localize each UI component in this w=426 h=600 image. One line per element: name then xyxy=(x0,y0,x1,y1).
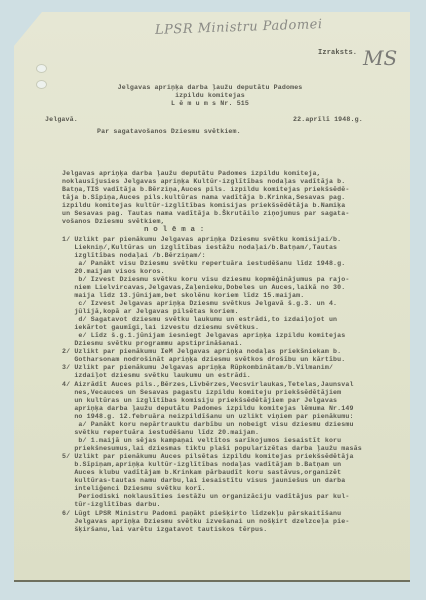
punch-hole xyxy=(36,80,47,89)
date: 22.aprīlī 1948.g. xyxy=(293,116,363,124)
place: Jelgavā. xyxy=(45,116,78,124)
resolves-heading: n o l ē m a : xyxy=(144,227,204,235)
punch-hole xyxy=(36,64,47,73)
handwritten-mark: MS xyxy=(363,46,397,70)
copy-label: Izraksts. xyxy=(318,50,357,58)
issuer-line-2: izpildu komitejas xyxy=(90,92,330,100)
issuer-line-1: Jelgavas apriņķa darba ļaužu deputātu Pa… xyxy=(90,84,330,92)
subject: Par sagatavošanos Dziesmu svētkiem. xyxy=(97,128,241,136)
decision-number: L ē m u m s Nr. 515 xyxy=(90,100,330,108)
